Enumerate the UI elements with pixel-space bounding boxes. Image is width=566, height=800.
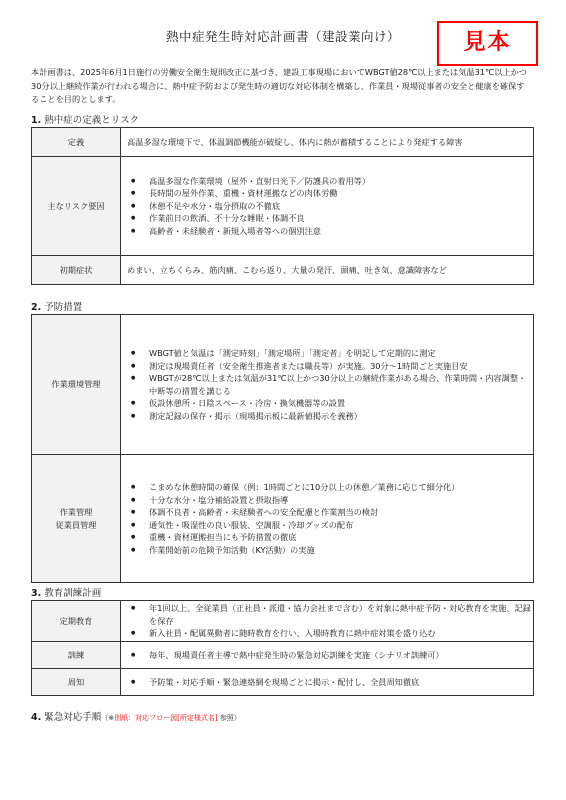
list-item: 長時間の屋外作業、重機・資材運搬などの肉体労働 — [131, 187, 533, 200]
table-row: 作業管理 従業員管理 こまめな休憩時間の確保（例：1時間ごとに10分以上の休憩／… — [32, 455, 534, 583]
list-item: WBGTが28℃以上または気温が31℃以上かつ30分以上の継続作業がある場合、作… — [131, 372, 533, 397]
row-value: こまめな休憩時間の確保（例：1時間ごとに10分以上の休憩／業務に応じて細分化） … — [121, 455, 534, 583]
intro-paragraph: 本計画書は、2025年6月1日施行の労働安全衛生規則改正に基づき、建設工事現場に… — [31, 66, 531, 107]
row-value: めまい、立ちくらみ、筋肉痛、こむら返り、大量の発汗、頭痛、吐き気、意識障害など — [121, 256, 534, 285]
row-label: 作業管理 従業員管理 — [32, 455, 121, 583]
list-item: こまめな休憩時間の確保（例：1時間ごとに10分以上の休憩／業務に応じて細分化） — [131, 481, 533, 494]
row-value: 毎年、現場責任者主導で熱中症発生時の緊急対応訓練を実施（シナリオ訓練可） — [121, 642, 534, 669]
bullet-list: 高温多湿な作業環境（屋外・直射日光下／防護具の着用等） 長時間の屋外作業、重機・… — [127, 175, 533, 238]
row-label: 作業環境管理 — [32, 315, 121, 455]
table-row: 訓練 毎年、現場責任者主導で熱中症発生時の緊急対応訓練を実施（シナリオ訓練可） — [32, 642, 534, 669]
row-value: WBGT値と気温は「測定時刻」「測定場所」「測定者」を明記して定期的に測定 測定… — [121, 315, 534, 455]
list-item: 作業前日の飲酒、不十分な睡眠・体調不良 — [131, 212, 533, 225]
row-value: 予防策・対応手順・緊急連絡網を現場ごとに掲示・配付し、全員周知徹底 — [121, 669, 534, 696]
table-row: 主なリスク要因 高温多湿な作業環境（屋外・直射日光下／防護具の着用等） 長時間の… — [32, 157, 534, 256]
definition-risk-table: 定義 高温多湿な環境下で、体温調節機能が破綻し、体内に熱が蓄積することにより発症… — [31, 127, 534, 285]
prevention-table: 作業環境管理 WBGT値と気温は「測定時刻」「測定場所」「測定者」を明記して定期… — [31, 314, 534, 583]
list-item: WBGT値と気温は「測定時刻」「測定場所」「測定者」を明記して定期的に測定 — [131, 347, 533, 360]
table-row: 初期症状 めまい、立ちくらみ、筋肉痛、こむら返り、大量の発汗、頭痛、吐き気、意識… — [32, 256, 534, 285]
row-label: 初期症状 — [32, 256, 121, 285]
list-item: 予防策・対応手順・緊急連絡網を現場ごとに掲示・配付し、全員周知徹底 — [131, 676, 533, 689]
bullet-list: 予防策・対応手順・緊急連絡網を現場ごとに掲示・配付し、全員周知徹底 — [127, 676, 533, 689]
bullet-list: WBGT値と気温は「測定時刻」「測定場所」「測定者」を明記して定期的に測定 測定… — [127, 347, 533, 422]
row-label: 訓練 — [32, 642, 121, 669]
list-item: 作業開始前の危険予知活動（KY活動）の実施 — [131, 544, 533, 557]
row-value: 高温多湿な環境下で、体温調節機能が破綻し、体内に熱が蓄積することにより発症する障… — [121, 128, 534, 157]
list-item: 休憩不足や水分・塩分摂取の不徹底 — [131, 200, 533, 213]
list-item: 高齢者・未経験者・新規入場者等への個別注意 — [131, 225, 533, 238]
row-label: 定期教育 — [32, 601, 121, 642]
list-item: 毎年、現場責任者主導で熱中症発生時の緊急対応訓練を実施（シナリオ訓練可） — [131, 649, 533, 662]
list-item: 重機・資材運搬担当にも予防措置の徹底 — [131, 531, 533, 544]
list-item: 高温多湿な作業環境（屋外・直射日光下／防護具の着用等） — [131, 175, 533, 188]
section-2-heading: 2. 予防措置 — [31, 299, 82, 313]
list-item: 仮設休憩所・日陰スペース・冷房・換気機器等の設置 — [131, 397, 533, 410]
reference-note: 別紙：対応フロー図[所定様式名] — [114, 714, 217, 722]
sample-stamp: 見本 — [437, 21, 538, 66]
bullet-list: こまめな休憩時間の確保（例：1時間ごとに10分以上の休憩／業務に応じて細分化） … — [127, 481, 533, 556]
row-label: 定義 — [32, 128, 121, 157]
section-3-heading: 3. 教育訓練計画 — [31, 585, 101, 599]
list-item: 測定は現場責任者（安全衛生推進者または職長等）が実施。30分～1時間ごと実施目安 — [131, 360, 533, 373]
section-1-heading: 1. 熱中症の定義とリスク — [31, 112, 139, 126]
table-row: 定期教育 年1回以上、全従業員（正社員・派遣・協力会社まで含む）を対象に熱中症予… — [32, 601, 534, 642]
list-item: 新入社員・配属異動者に随時教育を行い、入場時教育に熱中症対策を盛り込む — [131, 627, 533, 640]
training-table: 定期教育 年1回以上、全従業員（正社員・派遣・協力会社まで含む）を対象に熱中症予… — [31, 600, 534, 696]
row-label: 周知 — [32, 669, 121, 696]
document-page: 熱中症発生時対応計画書（建設業向け） 見本 本計画書は、2025年6月1日施行の… — [0, 0, 566, 800]
list-item: 十分な水分・塩分補給設置と摂取指導 — [131, 494, 533, 507]
bullet-list: 毎年、現場責任者主導で熱中症発生時の緊急対応訓練を実施（シナリオ訓練可） — [127, 649, 533, 662]
list-item: 通気性・吸湿性の良い服装、空調服・冷却グッズの配布 — [131, 519, 533, 532]
list-item: 体調不良者・高齢者・未経験者への安全配慮と作業割当の検討 — [131, 506, 533, 519]
table-row: 定義 高温多湿な環境下で、体温調節機能が破綻し、体内に熱が蓄積することにより発症… — [32, 128, 534, 157]
row-value: 年1回以上、全従業員（正社員・派遣・協力会社まで含む）を対象に熱中症予防・対応教… — [121, 601, 534, 642]
bullet-list: 年1回以上、全従業員（正社員・派遣・協力会社まで含む）を対象に熱中症予防・対応教… — [127, 602, 533, 640]
row-value: 高温多湿な作業環境（屋外・直射日光下／防護具の着用等） 長時間の屋外作業、重機・… — [121, 157, 534, 256]
list-item: 年1回以上、全従業員（正社員・派遣・協力会社まで含む）を対象に熱中症予防・対応教… — [131, 602, 533, 627]
table-row: 周知 予防策・対応手順・緊急連絡網を現場ごとに掲示・配付し、全員周知徹底 — [32, 669, 534, 696]
section-4-heading: 4. 緊急対応手順（※別紙：対応フロー図[所定様式名] 参照） — [31, 709, 241, 723]
row-label: 主なリスク要因 — [32, 157, 121, 256]
table-row: 作業環境管理 WBGT値と気温は「測定時刻」「測定場所」「測定者」を明記して定期… — [32, 315, 534, 455]
list-item: 測定記録の保存・掲示（現場掲示板に最新値掲示を義務） — [131, 410, 533, 423]
